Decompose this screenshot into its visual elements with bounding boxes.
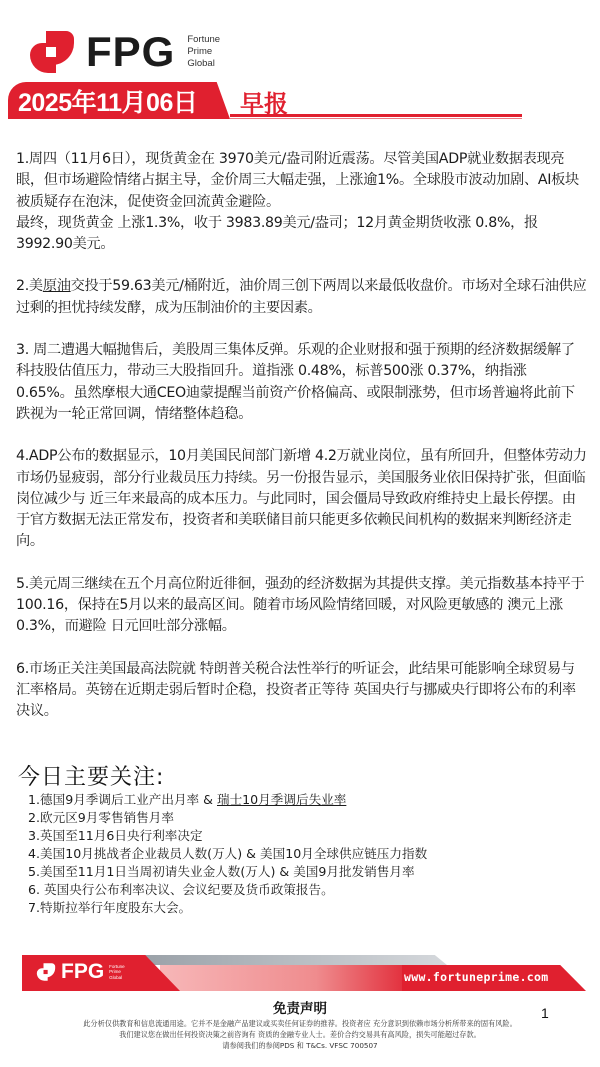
- header-divider-thin: [230, 118, 522, 119]
- focus-item-text: 1.德国9月季调后工业产出月率 &: [28, 792, 217, 807]
- focus-item-link[interactable]: 瑞士10月季调后失业率: [217, 792, 346, 807]
- focus-item: 2.欧元区9月零售销售月率: [28, 809, 427, 827]
- footer-logo: FPG Fortune Prime Global: [36, 960, 125, 984]
- news-item-oil: 2.美原油交投于59.63美元/桶附近，油价周三创下两周以来最低收盘价。市场对全…: [16, 276, 588, 319]
- header-divider: [230, 114, 522, 117]
- news-content: 1.周四（11月6日），现货黄金在 3970美元/盎司附近震荡。尽管美国ADP就…: [16, 149, 588, 744]
- focus-item: 4.美国10月挑战者企业裁员人数(万人) & 美国10月全球供应链压力指数: [28, 845, 427, 863]
- website-link[interactable]: www.fortuneprime.com: [404, 970, 548, 984]
- disclaimer-title: 免责声明: [0, 997, 600, 1017]
- brand-sub-line: Prime: [187, 46, 220, 58]
- fpg-logo-icon: [28, 29, 76, 75]
- footer-banner: FPG Fortune Prime Global www.fortuneprim…: [22, 955, 582, 991]
- news-item-gold: 1.周四（11月6日），现货黄金在 3970美元/盎司附近震荡。尽管美国ADP就…: [16, 149, 588, 255]
- brand-logo: FPG Fortune Prime Global: [28, 28, 220, 76]
- brand-name: FPG: [86, 31, 175, 73]
- footer-brand-sub: Fortune Prime Global: [109, 964, 125, 981]
- news-text: 最终，现货黄金 上涨1.3%，收于 3983.89美元/盎司；12月黄金期货收涨…: [16, 215, 538, 252]
- oil-link[interactable]: 原油: [43, 278, 71, 294]
- news-text: 交投于59.63美元/桶附近，油价周三创下两周以来最低收盘价。市场对全球石油供应…: [16, 278, 586, 315]
- focus-item: 7.特斯拉举行年度股东大会。: [28, 899, 427, 917]
- news-text: 5.美元周三继续在五个月高位附近徘徊，强劲的经济数据为其提供支撑。美元指数基本持…: [16, 576, 584, 635]
- date-banner: 2025年11月06日: [8, 82, 230, 119]
- news-item-adp: 4.ADP公布的数据显示，10月美国民间部门新增 4.2万就业岗位，虽有所回升，…: [16, 446, 588, 552]
- focus-item: 6. 英国央行公布利率决议、会议纪要及货币政策报告。: [28, 881, 427, 899]
- news-item-usd: 5.美元周三继续在五个月高位附近徘徊，强劲的经济数据为其提供支撑。美元指数基本持…: [16, 574, 588, 638]
- footer-gradient: [160, 965, 420, 991]
- news-text: 3. 周二遭遇大幅抛售后，美股周三集体反弹。乐观的企业财报和强于预期的经济数据缓…: [16, 342, 575, 422]
- brand-sub-line: Global: [109, 975, 125, 981]
- news-item-us-stocks: 3. 周二遭遇大幅抛售后，美股周三集体反弹。乐观的企业财报和强于预期的经济数据缓…: [16, 340, 588, 425]
- footer-brand: FPG: [61, 960, 104, 984]
- brand-sub-line: Global: [187, 58, 220, 70]
- disclaimer-line: 我们建议您在做出任何投资决策之前咨询有 资质的金融专业人士。差价合约交易具有高风…: [0, 1030, 600, 1040]
- news-text: 4.ADP公布的数据显示，10月美国民间部门新增 4.2万就业岗位，虽有所回升，…: [16, 448, 587, 549]
- disclaimer-line: 此分析仅供教育和信息流通用途。它并不是金融产品建议或买卖任何证券的推荐。投资者应…: [0, 1019, 600, 1029]
- focus-list: 1.德国9月季调后工业产出月率 & 瑞士10月季调后失业率 2.欧元区9月零售销…: [28, 791, 427, 917]
- disclaimer-line: 请参阅我们的参阅PDS 和 T&Cs. VFSC 700507: [0, 1041, 600, 1051]
- focus-title: 今日主要关注:: [18, 760, 164, 791]
- focus-item: 3.英国至11月6日央行利率决定: [28, 827, 427, 845]
- brand-sub-line: Fortune: [187, 34, 220, 46]
- focus-item: 5.美国至11月1日当周初请失业金人数(万人) & 美国9月批发销售月率: [28, 863, 427, 881]
- news-item-tariff: 6.市场正关注美国最高法院就 特朗普关税合法性举行的听证会，此结果可能影响全球贸…: [16, 659, 588, 723]
- fpg-logo-icon: [36, 962, 56, 982]
- news-text: 1.周四（11月6日），现货黄金在 3970美元/盎司附近震荡。尽管美国ADP就…: [16, 151, 579, 210]
- focus-item: 1.德国9月季调后工业产出月率 & 瑞士10月季调后失业率: [28, 791, 427, 809]
- news-text: 6.市场正关注美国最高法院就 特朗普关税合法性举行的听证会，此结果可能影响全球贸…: [16, 661, 576, 720]
- brand-subtitle: Fortune Prime Global: [187, 34, 220, 70]
- news-text: 2.美: [16, 278, 43, 294]
- report-date: 2025年11月06日: [18, 83, 197, 119]
- footer-stripe: [142, 955, 447, 965]
